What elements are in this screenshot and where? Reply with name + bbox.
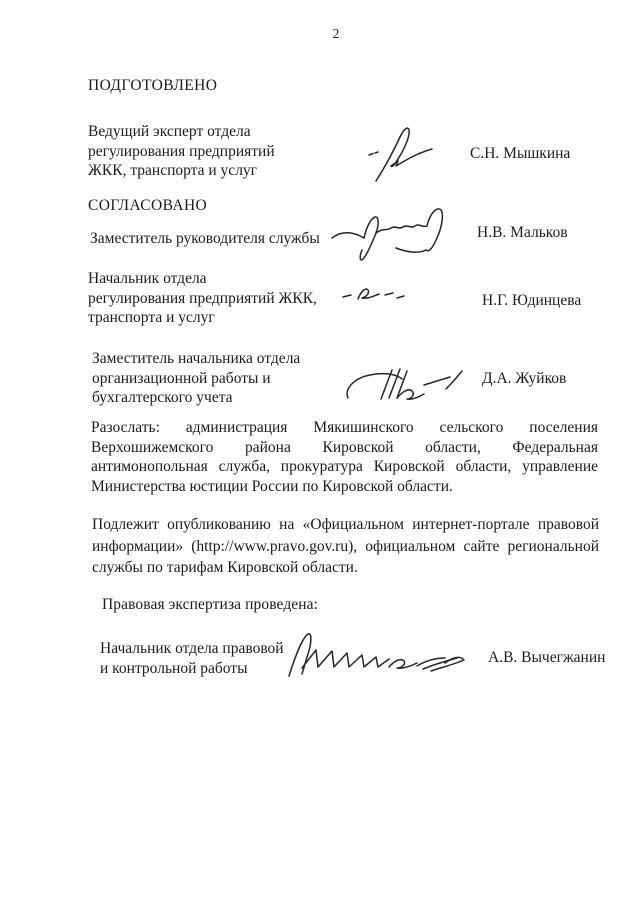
signatory-name-zhuikov: Д.А. Жуйков (482, 370, 566, 388)
signatory-name-myshkina: С.Н. Мышкина (470, 145, 570, 163)
signatory-title-zhuikov: Заместитель начальника отдела организаци… (92, 349, 362, 408)
signature-vychegzhanin-icon (285, 630, 468, 678)
signature-yudintseva-icon (341, 286, 406, 303)
distribution-paragraph: Разослать: администрация Мякишинского се… (91, 418, 598, 496)
page-number: 2 (0, 26, 640, 42)
signatory-name-vychegzhanin: А.В. Вычегжанин (488, 649, 605, 667)
approved-heading: СОГЛАСОВАНО (88, 197, 207, 215)
signature-zhuikov-icon (344, 365, 466, 403)
signature-myshkina-icon (363, 125, 433, 185)
signatory-name-malkov: Н.В. Мальков (477, 224, 568, 242)
signatory-title-yudintseva: Начальник отдела регулирования предприят… (88, 269, 358, 328)
signatory-name-yudintseva: Н.Г. Юдинцева (482, 292, 581, 310)
signature-malkov-icon (330, 205, 475, 262)
legal-review-heading: Правовая экспертиза проведена: (102, 596, 318, 614)
prepared-heading: ПОДГОТОВЛЕНО (88, 77, 217, 95)
publication-paragraph: Подлежит опубликованию на «Официальном и… (92, 514, 599, 579)
document-page: 2 ПОДГОТОВЛЕНО Ведущий эксперт отдела ре… (0, 0, 640, 905)
signatory-title-myshkina: Ведущий эксперт отдела регулирования пре… (88, 122, 348, 181)
